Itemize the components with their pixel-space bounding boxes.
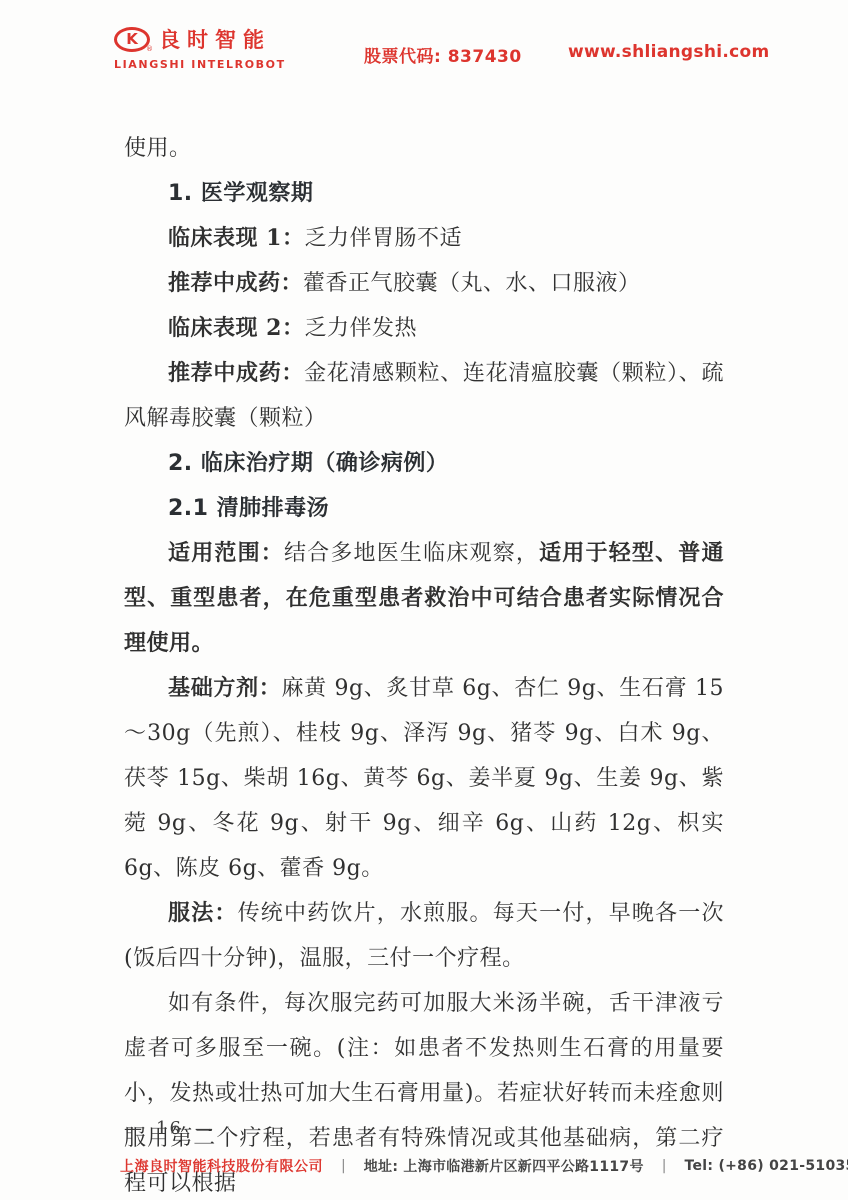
footer-separator-2: | [662,1158,667,1174]
company-logo: K ® 良时智能 LIANGSHI INTELROBOT [114,24,286,71]
section-2-heading: 2. 临床治疗期（确诊病例） [124,441,724,486]
page-number: —16— [124,1118,215,1139]
paragraph-clinical-1: 临床表现 1：乏力伴胃肠不适 [124,216,724,261]
paragraph-clinical-2: 临床表现 2：乏力伴发热 [124,306,724,351]
logo-name: 良时智能 [159,24,271,54]
website-url: www.shliangshi.com [568,42,769,62]
clinical-1-label: 临床表现 1： [168,225,304,251]
recommend-2-label: 推荐中成药： [168,360,304,386]
formula-label: 基础方剂： [168,675,281,701]
paragraph-recommend-1: 推荐中成药：藿香正气胶囊（丸、水、口服液） [124,261,724,306]
clinical-2-label: 临床表现 2： [168,315,304,341]
footer-separator-1: | [341,1158,346,1174]
stock-code: 股票代码: 837430 [364,42,522,67]
usage-label: 服法： [168,900,238,926]
recommend-1-text: 藿香正气胶囊（丸、水、口服液） [303,271,641,296]
clinical-1-text: 乏力伴胃肠不适 [304,226,462,251]
paragraph-usage: 服法：传统中药饮片，水煎服。每天一付，早晚各一次(饭后四十分钟)，温服，三付一个… [124,891,724,981]
section-2-1-heading: 2.1 清肺排毒汤 [124,486,724,531]
recommend-1-label: 推荐中成药： [168,270,303,296]
clinical-2-text: 乏力伴发热 [304,316,417,341]
registered-mark-icon: ® [146,45,153,53]
logo-row: K ® 良时智能 [114,24,286,54]
footer-telephone: Tel: (+86) 021-51035200 [684,1158,848,1174]
page-number-value: 16 [156,1118,183,1139]
paragraph-intro-tail: 使用。 [124,126,724,171]
formula-text: 麻黄 9g、炙甘草 6g、杏仁 9g、生石膏 15～30g（先煎）、桂枝 9g、… [124,676,724,881]
paragraph-recommend-2: 推荐中成药：金花清感颗粒、连花清瘟胶囊（颗粒）、疏风解毒胶囊（颗粒） [124,351,724,441]
page-header: K ® 良时智能 LIANGSHI INTELROBOT 股票代码: 83743… [0,22,848,82]
paragraph-scope: 适用范围：结合多地医生临床观察，适用于轻型、普通型、重型患者，在危重型患者救治中… [124,531,724,666]
section-1-heading: 1. 医学观察期 [124,171,724,216]
paragraph-formula: 基础方剂：麻黄 9g、炙甘草 6g、杏仁 9g、生石膏 15～30g（先煎）、桂… [124,666,724,891]
footer-address: 地址: 上海市临港新片区新四平公路1117号 [364,1156,644,1176]
logo-k-ellipse-icon: K ® [114,27,150,52]
logo-k-letter: K [126,32,138,47]
page-number-dash-right: — [195,1118,215,1139]
footer-company-name: 上海良时智能科技股份有限公司 [120,1156,323,1176]
document-body: 使用。 1. 医学观察期 临床表现 1：乏力伴胃肠不适 推荐中成药：藿香正气胶囊… [124,126,724,1200]
footer-bar: 上海良时智能科技股份有限公司 | 地址: 上海市临港新片区新四平公路1117号 … [120,1156,760,1176]
page-number-dash-left: — [124,1118,144,1139]
document-page: K ® 良时智能 LIANGSHI INTELROBOT 股票代码: 83743… [0,0,848,1200]
logo-subname: LIANGSHI INTELROBOT [114,58,286,71]
scope-normal-text: 结合多地医生临床观察， [284,541,539,566]
scope-label: 适用范围： [168,540,284,566]
